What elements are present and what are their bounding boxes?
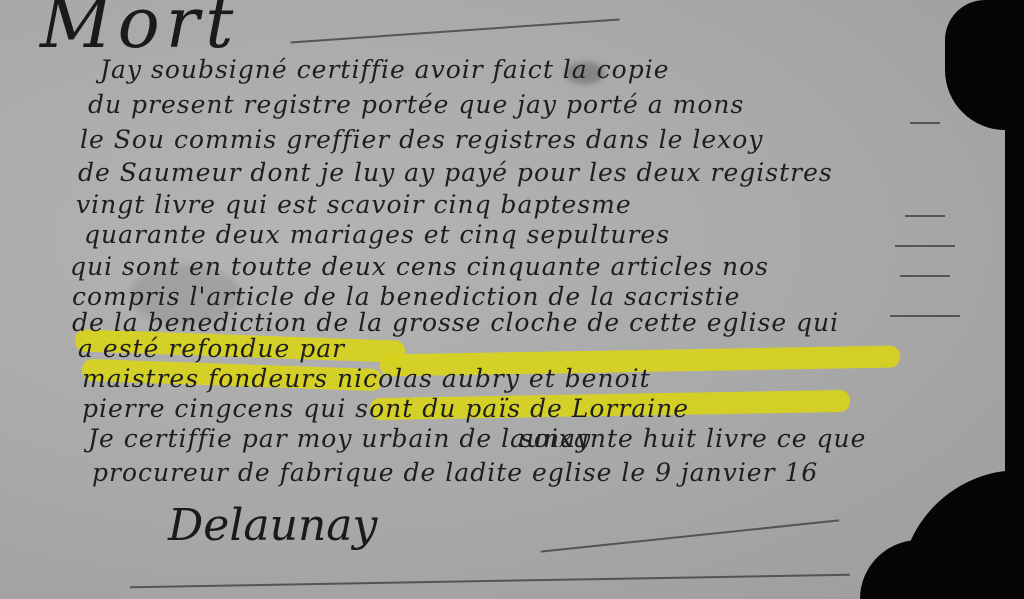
margin-dash-2 bbox=[905, 215, 945, 217]
text-line-1: Jay soubsigné certiffie avoir faict la c… bbox=[100, 55, 670, 84]
text-line-14: soixante huit livre ce que bbox=[520, 424, 866, 453]
text-line-6: quarante deux mariages et cinq sepulture… bbox=[84, 220, 670, 249]
signature: Delaunay bbox=[168, 500, 377, 551]
margin-dash-3 bbox=[895, 245, 955, 247]
margin-dash-4 bbox=[900, 275, 950, 277]
bottom-rule-1 bbox=[130, 574, 850, 589]
text-line-9: de la benediction de la grosse cloche de… bbox=[72, 308, 839, 337]
text-line-10: a esté refondue par bbox=[78, 334, 345, 363]
heading-flourish-line bbox=[290, 18, 619, 43]
signature-underline bbox=[541, 519, 840, 552]
text-line-13: Je certiffie par moy urbain de launay bbox=[88, 424, 591, 453]
text-line-15: procureur de fabrique de ladite eglise l… bbox=[92, 458, 818, 487]
text-line-12: pierre cingcens qui sont du païs de Lorr… bbox=[82, 394, 689, 423]
torn-edge-top bbox=[945, 0, 1024, 130]
margin-dash-5 bbox=[890, 315, 960, 317]
text-line-7: qui sont en toutte deux cens cinquante a… bbox=[70, 252, 769, 281]
margin-dash-1 bbox=[910, 122, 940, 124]
text-line-2: du present registre portée que jay porté… bbox=[88, 90, 744, 119]
text-line-4: de Saumeur dont je luy ay payé pour les … bbox=[78, 158, 833, 187]
document-page: Mort Jay soubsigné certiffie avoir faict… bbox=[0, 0, 1024, 599]
text-line-8: compris l'article de la benediction de l… bbox=[72, 282, 740, 311]
text-line-11: maistres fondeurs nicolas aubry et benoi… bbox=[82, 364, 651, 393]
torn-edge-bottom-2 bbox=[860, 540, 1024, 599]
text-line-3: le Sou commis greffier des registres dan… bbox=[80, 125, 763, 154]
text-line-5: vingt livre qui est scavoir cinq baptesm… bbox=[76, 190, 632, 219]
